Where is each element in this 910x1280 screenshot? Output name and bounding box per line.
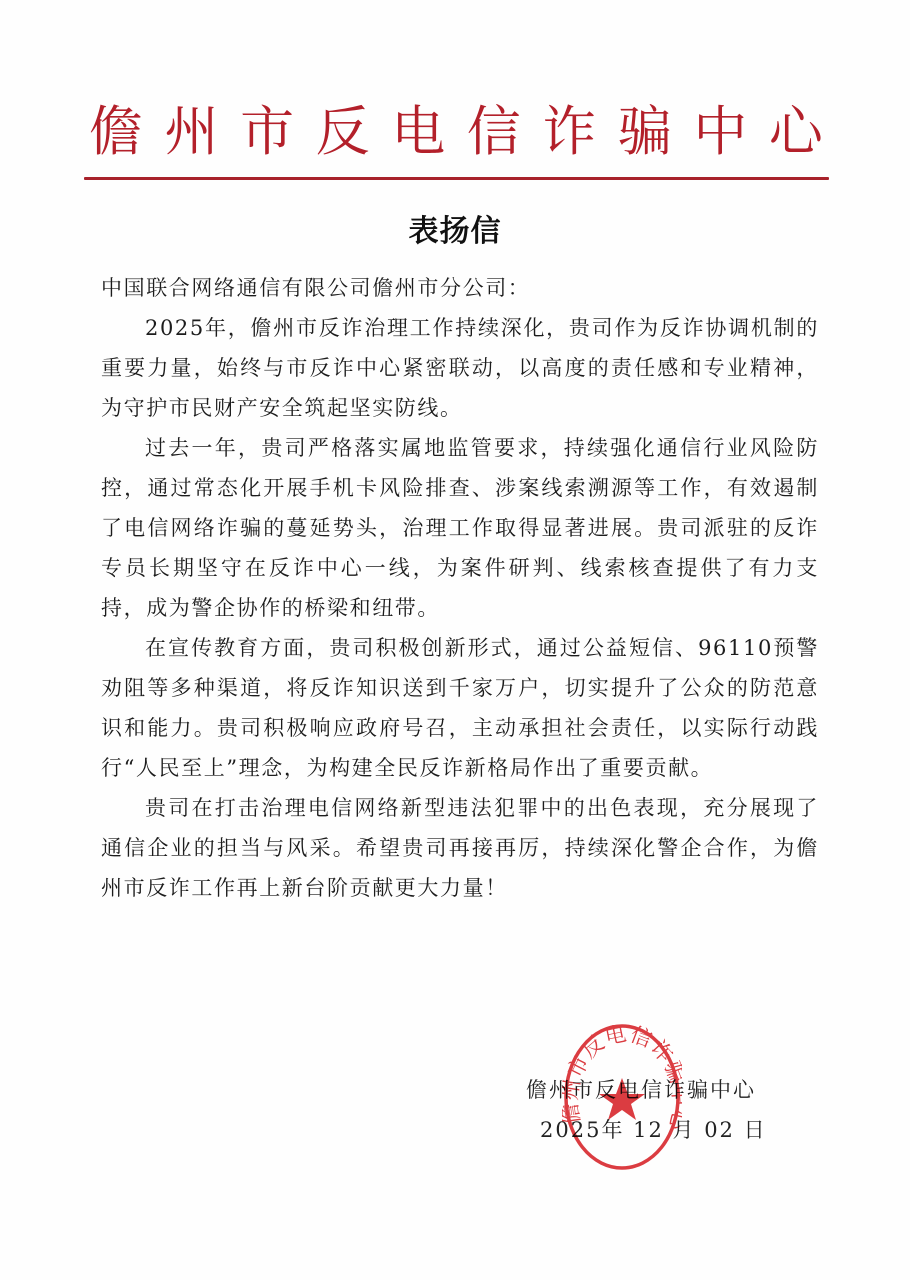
letterhead-title: 儋 州 市 反 电 信 诈 骗 中 心	[84, 92, 828, 172]
letterhead-char: 州	[160, 105, 224, 159]
letterhead-char: 诈	[537, 105, 601, 159]
seal-graphic: 儋州市反电信诈骗中心	[562, 1022, 682, 1172]
document-title: 表扬信	[0, 206, 910, 250]
seal-ring-text: 儋州市反电信诈骗中心	[562, 1022, 682, 1134]
letterhead-char: 信	[462, 105, 526, 159]
paragraph-intro: 2025年，儋州市反诈治理工作持续深化，贵司作为反诈协调机制的重要力量，始终与市…	[101, 308, 819, 428]
letter-body: 中国联合网络通信有限公司儋州市分公司： 2025年，儋州市反诈治理工作持续深化，…	[101, 268, 819, 908]
letterhead-char: 儋	[84, 105, 148, 159]
letterhead-char: 市	[235, 105, 299, 159]
paragraph-closing: 贵司在打击治理电信网络新型违法犯罪中的出色表现，充分展现了通信企业的担当与风采。…	[101, 788, 819, 908]
letter-page: 儋 州 市 反 电 信 诈 骗 中 心 表扬信 中国联合网络通信有限公司儋州市分…	[0, 0, 910, 1280]
letterhead-char: 电	[386, 105, 450, 159]
letterhead-char: 中	[688, 105, 752, 159]
letterhead-char: 心	[764, 105, 828, 159]
paragraph-education: 在宣传教育方面，贵司积极创新形式，通过公益短信、96110预警劝阻等多种渠道，将…	[101, 628, 819, 788]
star-icon	[599, 1078, 645, 1120]
salutation: 中国联合网络通信有限公司儋州市分公司：	[101, 268, 819, 308]
letterhead-divider	[84, 177, 829, 180]
official-seal: 儋州市反电信诈骗中心	[562, 1022, 682, 1172]
letterhead-char: 反	[311, 105, 375, 159]
letterhead-char: 骗	[613, 105, 677, 159]
paragraph-achievements: 过去一年，贵司严格落实属地监管要求，持续强化通信行业风险防控，通过常态化开展手机…	[101, 428, 819, 628]
